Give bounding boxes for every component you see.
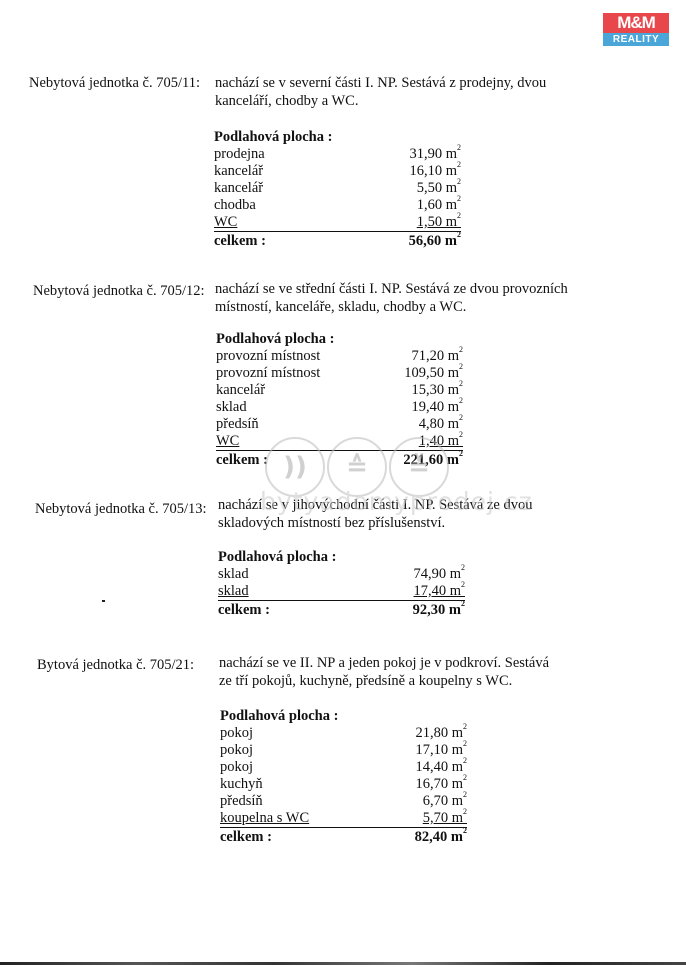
floor-area-rows: prodejna31,90 m2kancelář16,10 m2kancelář… <box>214 146 461 250</box>
floor-area-row: předsíň4,80 m2 <box>216 416 463 433</box>
room-name: WC <box>214 214 237 231</box>
floor-area-row: provozní místnost71,20 m2 <box>216 348 463 365</box>
unit-description: nachází se v severní části I. NP. Sestáv… <box>215 74 595 110</box>
room-name: pokoj <box>220 725 253 742</box>
room-name: kuchyň <box>220 776 263 793</box>
floor-area-rows: provozní místnost71,20 m2provozní místno… <box>216 348 463 469</box>
unit-description-line: nachází se ve II. NP a jeden pokoj je v … <box>219 654 599 672</box>
floor-area-row: pokoj14,40 m2 <box>220 759 467 776</box>
logo-mm-text: M&M <box>603 13 669 33</box>
total-label: celkem : <box>220 828 272 846</box>
room-name: předsíň <box>220 793 263 810</box>
logo-reality-text: REALITY <box>603 33 669 46</box>
unit-label: Bytová jednotka č. 705/21: <box>37 656 194 674</box>
total-area: 82,40 m2 <box>415 828 467 846</box>
floor-area-row: WC1,50 m2 <box>214 214 461 232</box>
floor-area-total: celkem :221,60 m2 <box>216 451 463 469</box>
room-area: 5,50 m2 <box>417 180 461 197</box>
room-name: provozní místnost <box>216 348 320 365</box>
unit-description-line: nachází se v jihovýchodní části I. NP. S… <box>218 496 598 514</box>
room-name: chodba <box>214 197 256 214</box>
room-area: 1,50 m2 <box>417 214 461 231</box>
room-name: koupelna s WC <box>220 810 309 827</box>
room-area: 4,80 m2 <box>419 416 463 433</box>
mm-reality-logo: M&M REALITY <box>603 13 669 46</box>
floor-area-title: Podlahová plocha : <box>220 707 467 725</box>
room-area: 16,70 m2 <box>415 776 467 793</box>
floor-area-row: sklad17,40 m2 <box>218 583 465 601</box>
floor-area-total: celkem :56,60 m2 <box>214 232 461 250</box>
floor-area-table: Podlahová plocha : prodejna31,90 m2kance… <box>214 128 461 250</box>
unit-description-line: nachází se ve střední části I. NP. Sestá… <box>215 280 595 298</box>
floor-area-table: Podlahová plocha : provozní místnost71,2… <box>216 330 463 469</box>
floor-area-title: Podlahová plocha : <box>216 330 463 348</box>
total-label: celkem : <box>218 601 270 619</box>
floor-area-row: prodejna31,90 m2 <box>214 146 461 163</box>
unit-description: nachází se v jihovýchodní části I. NP. S… <box>218 496 598 532</box>
room-area: 5,70 m2 <box>423 810 467 827</box>
floor-area-rows: sklad74,90 m2sklad17,40 m2celkem :92,30 … <box>218 566 465 619</box>
unit-label: Nebytová jednotka č. 705/12: <box>33 282 205 300</box>
total-area: 92,30 m2 <box>413 601 465 619</box>
floor-area-title: Podlahová plocha : <box>214 128 461 146</box>
room-name: kancelář <box>216 382 265 399</box>
floor-area-table: Podlahová plocha : sklad74,90 m2sklad17,… <box>218 548 465 619</box>
unit-description-line: nachází se v severní části I. NP. Sestáv… <box>215 74 595 92</box>
unit-description: nachází se ve II. NP a jeden pokoj je v … <box>219 654 599 690</box>
room-area: 19,40 m2 <box>411 399 463 416</box>
floor-area-row: kuchyň16,70 m2 <box>220 776 467 793</box>
room-name: WC <box>216 433 239 450</box>
room-area: 1,60 m2 <box>417 197 461 214</box>
scan-speck <box>102 600 105 602</box>
room-name: kancelář <box>214 163 263 180</box>
room-name: sklad <box>216 399 247 416</box>
total-area: 221,60 m2 <box>403 451 463 469</box>
floor-area-row: pokoj21,80 m2 <box>220 725 467 742</box>
room-area: 16,10 m2 <box>409 163 461 180</box>
room-area: 1,40 m2 <box>419 433 463 450</box>
floor-area-total: celkem :92,30 m2 <box>218 601 465 619</box>
room-name: sklad <box>218 583 249 600</box>
room-name: pokoj <box>220 759 253 776</box>
room-area: 31,90 m2 <box>409 146 461 163</box>
unit-label: Nebytová jednotka č. 705/13: <box>35 500 207 518</box>
floor-area-row: kancelář16,10 m2 <box>214 163 461 180</box>
room-name: předsíň <box>216 416 259 433</box>
floor-area-row: sklad74,90 m2 <box>218 566 465 583</box>
floor-area-row: chodba1,60 m2 <box>214 197 461 214</box>
unit-description-line: ze tří pokojů, kuchyně, předsíně a koupe… <box>219 672 599 690</box>
room-area: 17,40 m2 <box>413 583 465 600</box>
total-area: 56,60 m2 <box>409 232 461 250</box>
floor-area-row: provozní místnost109,50 m2 <box>216 365 463 382</box>
floor-area-row: předsíň6,70 m2 <box>220 793 467 810</box>
floor-area-rows: pokoj21,80 m2pokoj17,10 m2pokoj14,40 m2k… <box>220 725 467 846</box>
floor-area-row: koupelna s WC5,70 m2 <box>220 810 467 828</box>
scan-edge <box>0 962 686 965</box>
floor-area-row: kancelář5,50 m2 <box>214 180 461 197</box>
floor-area-row: kancelář15,30 m2 <box>216 382 463 399</box>
room-name: kancelář <box>214 180 263 197</box>
room-area: 6,70 m2 <box>423 793 467 810</box>
total-label: celkem : <box>214 232 266 250</box>
room-area: 14,40 m2 <box>415 759 467 776</box>
floor-area-row: WC1,40 m2 <box>216 433 463 451</box>
room-area: 21,80 m2 <box>415 725 467 742</box>
unit-description-line: místností, kanceláře, skladu, chodby a W… <box>215 298 595 316</box>
room-name: prodejna <box>214 146 265 163</box>
total-label: celkem : <box>216 451 268 469</box>
room-name: sklad <box>218 566 249 583</box>
room-area: 15,30 m2 <box>411 382 463 399</box>
room-name: pokoj <box>220 742 253 759</box>
room-area: 109,50 m2 <box>404 365 463 382</box>
room-area: 74,90 m2 <box>413 566 465 583</box>
floor-area-row: sklad19,40 m2 <box>216 399 463 416</box>
floor-area-total: celkem :82,40 m2 <box>220 828 467 846</box>
unit-description: nachází se ve střední části I. NP. Sestá… <box>215 280 595 316</box>
room-name: provozní místnost <box>216 365 320 382</box>
room-area: 17,10 m2 <box>415 742 467 759</box>
unit-description-line: kanceláří, chodby a WC. <box>215 92 595 110</box>
floor-area-title: Podlahová plocha : <box>218 548 465 566</box>
unit-description-line: skladových místností bez příslušenství. <box>218 514 598 532</box>
floor-area-row: pokoj17,10 m2 <box>220 742 467 759</box>
floor-area-table: Podlahová plocha : pokoj21,80 m2pokoj17,… <box>220 707 467 846</box>
room-area: 71,20 m2 <box>411 348 463 365</box>
unit-label: Nebytová jednotka č. 705/11: <box>29 74 200 92</box>
